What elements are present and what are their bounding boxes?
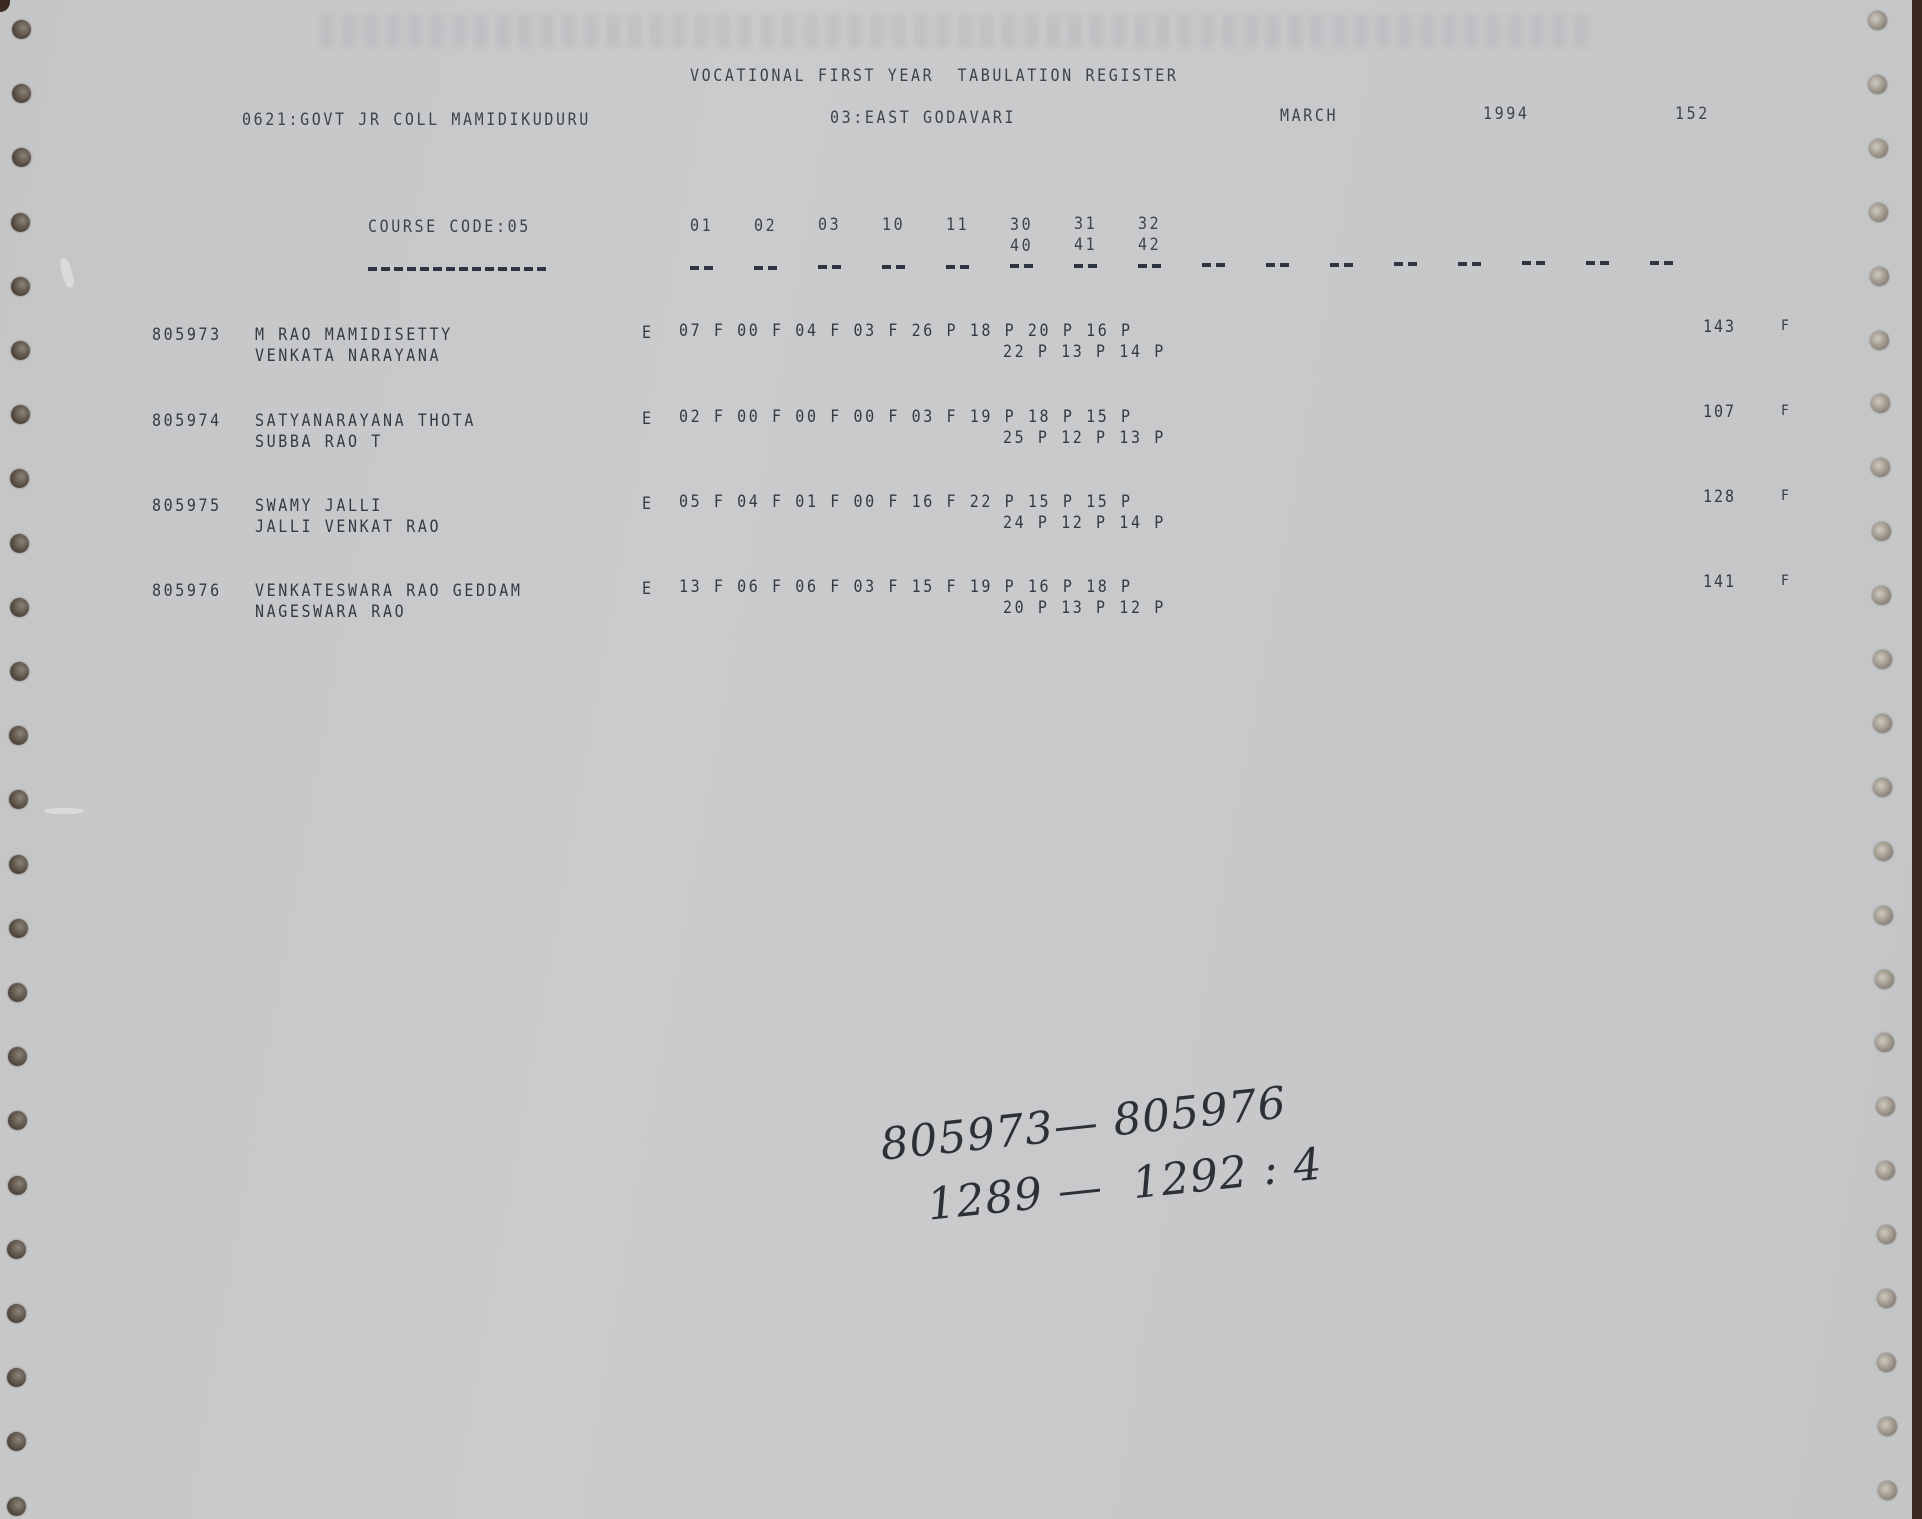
column-dash xyxy=(1458,262,1482,266)
marks-line-2: 22 P 13 P 14 P xyxy=(1003,344,1166,361)
candidate-name: VENKATESWARA RAO GEDDAM xyxy=(255,583,523,600)
feed-hole xyxy=(1878,1417,1897,1436)
feed-hole xyxy=(1871,394,1890,413)
page-number: 152 xyxy=(1675,106,1710,123)
feed-hole xyxy=(1873,650,1892,669)
bleed-through-text xyxy=(320,14,1590,48)
medium: E xyxy=(642,325,654,342)
feed-hole xyxy=(9,855,28,874)
father-name: NAGESWARA RAO xyxy=(255,604,406,621)
total-marks: 107 xyxy=(1703,404,1736,421)
result: F xyxy=(1781,489,1791,503)
marks-line-1: 07 F 00 F 04 F 03 F 26 P 18 P 20 P 16 P xyxy=(679,323,1133,340)
column-dash xyxy=(754,266,778,270)
subject-code: 40 xyxy=(1010,238,1033,255)
subject-code: 01 xyxy=(690,218,713,235)
column-dash xyxy=(882,265,906,269)
feed-hole xyxy=(1873,714,1892,733)
column-dash xyxy=(1074,264,1098,268)
column-dash xyxy=(1138,264,1162,268)
feed-hole xyxy=(1872,522,1891,541)
marks-line-2: 20 P 13 P 12 P xyxy=(1003,600,1166,617)
feed-hole xyxy=(7,1497,26,1516)
roll-number: 805975 xyxy=(152,498,222,515)
column-dash xyxy=(690,266,714,270)
feed-hole xyxy=(1874,906,1893,925)
column-dash xyxy=(1266,263,1290,267)
subject-code: 42 xyxy=(1138,237,1161,254)
column-dash xyxy=(946,265,970,269)
roll-number: 805974 xyxy=(152,413,222,430)
marks-line-1: 02 F 00 F 00 F 00 F 03 F 19 P 18 P 15 P xyxy=(679,409,1133,426)
feed-hole xyxy=(1874,842,1893,861)
course-code: COURSE CODE:05 xyxy=(368,219,531,236)
feed-hole xyxy=(1870,331,1889,350)
paper-fiber xyxy=(44,808,84,814)
feed-hole xyxy=(9,919,28,938)
feed-hole xyxy=(11,341,30,360)
subject-code: 30 xyxy=(1010,217,1033,234)
feed-hole xyxy=(11,213,30,232)
subject-code: 41 xyxy=(1074,237,1097,254)
feed-hole xyxy=(1876,1097,1895,1116)
column-dash xyxy=(1330,263,1354,267)
feed-hole xyxy=(1869,139,1888,158)
paper-edge xyxy=(1912,0,1922,1519)
father-name: JALLI VENKAT RAO xyxy=(255,519,441,536)
total-marks: 143 xyxy=(1703,319,1736,336)
feed-hole xyxy=(11,405,30,424)
column-dash xyxy=(1202,263,1226,267)
feed-hole xyxy=(1870,267,1889,286)
subject-code: 32 xyxy=(1138,216,1161,233)
column-dash xyxy=(1586,261,1610,265)
subject-code: 10 xyxy=(882,217,905,234)
exam-month: MARCH xyxy=(1280,108,1338,125)
medium: E xyxy=(642,496,654,513)
feed-hole xyxy=(7,1304,26,1323)
feed-hole xyxy=(11,277,30,296)
college-name: 0621:GOVT JR COLL MAMIDIKUDURU xyxy=(242,112,591,129)
column-dash xyxy=(1650,261,1674,265)
marks-line-2: 24 P 12 P 14 P xyxy=(1003,515,1166,532)
column-dash xyxy=(1522,261,1546,265)
feed-hole xyxy=(7,1240,26,1259)
candidate-name: M RAO MAMIDISETTY xyxy=(255,327,453,344)
subject-code: 02 xyxy=(754,218,777,235)
feed-hole xyxy=(1868,11,1887,30)
marks-line-1: 13 F 06 F 06 F 03 F 15 F 19 P 16 P 18 P xyxy=(679,579,1133,596)
father-name: SUBBA RAO T xyxy=(255,434,383,451)
column-dash xyxy=(818,265,842,269)
subject-code: 03 xyxy=(818,217,841,234)
candidate-name: SWAMY JALLI xyxy=(255,498,383,515)
feed-hole xyxy=(1872,586,1891,605)
column-dash xyxy=(1394,262,1418,266)
roll-number: 805973 xyxy=(152,327,222,344)
feed-hole xyxy=(1875,970,1894,989)
total-marks: 128 xyxy=(1703,489,1736,506)
result: F xyxy=(1781,319,1791,333)
report-title: VOCATIONAL FIRST YEAR TABULATION REGISTE… xyxy=(690,68,1179,85)
feed-hole xyxy=(1877,1289,1896,1308)
feed-hole xyxy=(8,1176,27,1195)
medium: E xyxy=(642,581,654,598)
exam-year: 1994 xyxy=(1483,106,1530,123)
candidate-name: SATYANARAYANA THOTA xyxy=(255,413,476,430)
feed-hole xyxy=(1877,1225,1896,1244)
subject-code: 11 xyxy=(946,217,969,234)
result: F xyxy=(1781,404,1791,418)
feed-hole xyxy=(10,598,29,617)
total-marks: 141 xyxy=(1703,574,1736,591)
roll-number: 805976 xyxy=(152,583,222,600)
feed-hole xyxy=(1878,1481,1897,1500)
subject-code: 31 xyxy=(1074,216,1097,233)
feed-hole xyxy=(12,20,31,39)
feed-hole xyxy=(12,84,31,103)
marks-line-1: 05 F 04 F 01 F 00 F 16 F 22 P 15 P 15 P xyxy=(679,494,1133,511)
district-name: 03:EAST GODAVARI xyxy=(830,110,1016,127)
result: F xyxy=(1781,574,1791,588)
feed-hole xyxy=(12,148,31,167)
feed-hole xyxy=(10,534,29,553)
course-code-underline xyxy=(368,267,548,271)
feed-hole xyxy=(10,662,29,681)
column-dash xyxy=(1010,264,1034,268)
marks-line-2: 25 P 12 P 13 P xyxy=(1003,430,1166,447)
medium: E xyxy=(642,411,654,428)
feed-hole xyxy=(1869,203,1888,222)
father-name: VENKATA NARAYANA xyxy=(255,348,441,365)
